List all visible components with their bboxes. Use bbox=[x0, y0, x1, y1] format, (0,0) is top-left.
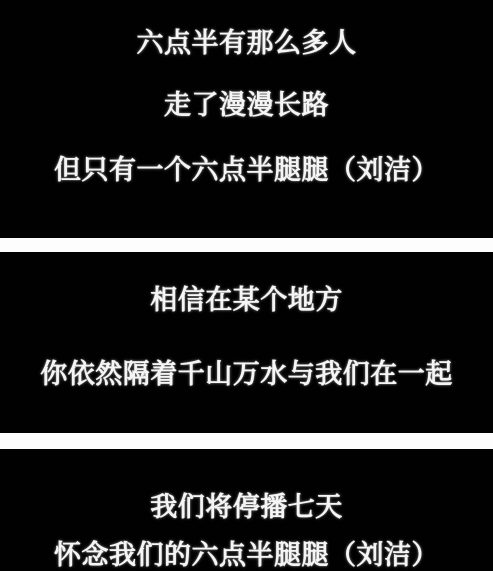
frame-divider bbox=[0, 238, 493, 252]
subtitle-line: 六点半有那么多人 bbox=[0, 28, 493, 60]
frame-divider bbox=[0, 433, 493, 449]
video-frame-1: 六点半有那么多人 走了漫漫长路 但只有一个六点半腿腿（刘洁） bbox=[0, 0, 493, 238]
subtitle-frame-collage: 六点半有那么多人 走了漫漫长路 但只有一个六点半腿腿（刘洁） 相信在某个地方 你… bbox=[0, 0, 493, 571]
subtitle-line: 你依然隔着千山万水与我们在一起 bbox=[0, 359, 493, 391]
video-frame-2: 相信在某个地方 你依然隔着千山万水与我们在一起 bbox=[0, 252, 493, 433]
subtitle-line: 我们将停播七天 bbox=[0, 492, 493, 524]
subtitle-line: 怀念我们的六点半腿腿（刘洁） bbox=[0, 540, 493, 571]
subtitle-line: 相信在某个地方 bbox=[0, 285, 493, 317]
subtitle-line: 走了漫漫长路 bbox=[0, 90, 493, 122]
video-frame-3: 我们将停播七天 怀念我们的六点半腿腿（刘洁） bbox=[0, 449, 493, 571]
subtitle-line: 但只有一个六点半腿腿（刘洁） bbox=[0, 155, 493, 187]
